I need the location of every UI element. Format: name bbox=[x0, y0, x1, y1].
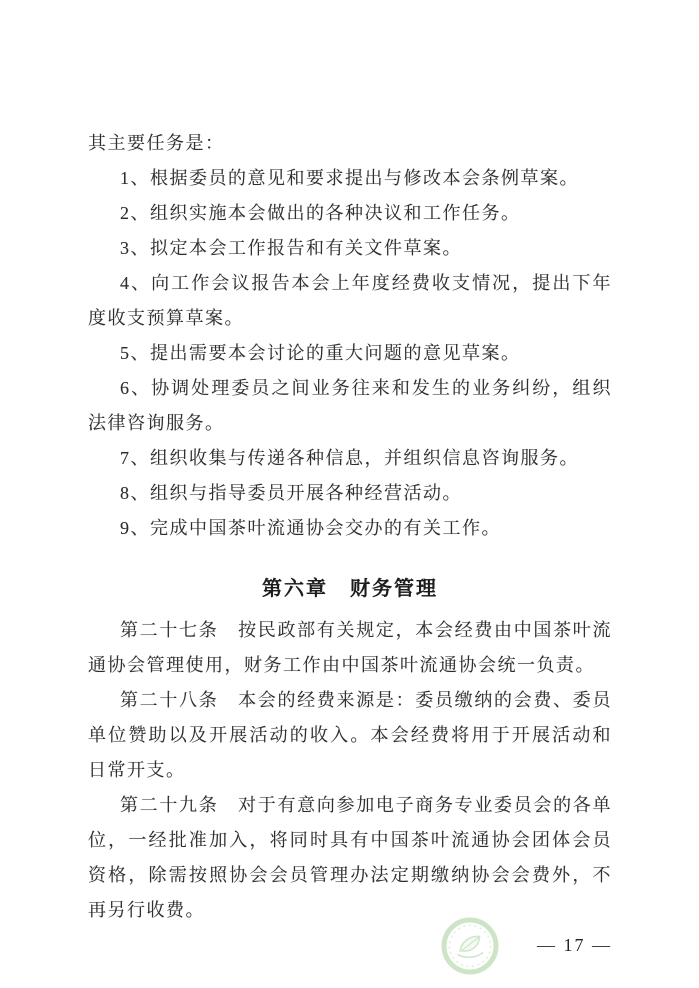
intro-line: 其主要任务是： bbox=[88, 126, 612, 161]
task-item-1: 1、根据委员的意见和要求提出与修改本会条例草案。 bbox=[88, 161, 612, 196]
task-item-2: 2、组织实施本会做出的各种决议和工作任务。 bbox=[88, 196, 612, 231]
task-item-4: 4、向工作会议报告本会上年度经费收支情况，提出下年度收支预算草案。 bbox=[88, 266, 612, 336]
task-item-7: 7、组织收集与传递各种信息，并组织信息咨询服务。 bbox=[88, 441, 612, 476]
task-item-5: 5、提出需要本会讨论的重大问题的意见草案。 bbox=[88, 336, 612, 371]
task-item-9: 9、完成中国茶叶流通协会交办的有关工作。 bbox=[88, 511, 612, 546]
page-number: — 17 — bbox=[88, 928, 612, 963]
article-27: 第二十七条 按民政部有关规定，本会经费由中国茶叶流通协会管理使用，财务工作由中国… bbox=[88, 613, 612, 683]
task-item-3: 3、拟定本会工作报告和有关文件草案。 bbox=[88, 231, 612, 266]
leaf-seal-icon bbox=[440, 916, 500, 976]
chapter-heading: 第六章 财务管理 bbox=[88, 572, 612, 607]
task-item-6: 6、协调处理委员之间业务往来和发生的业务纠纷，组织法律咨询服务。 bbox=[88, 371, 612, 441]
article-29: 第二十九条 对于有意向参加电子商务专业委员会的各单位，一经批准加入，将同时具有中… bbox=[88, 788, 612, 928]
document-page: 其主要任务是： 1、根据委员的意见和要求提出与修改本会条例草案。 2、组织实施本… bbox=[0, 0, 699, 988]
article-28: 第二十八条 本会的经费来源是：委员缴纳的会费、委员单位赞助以及开展活动的收入。本… bbox=[88, 683, 612, 788]
task-item-8: 8、组织与指导委员开展各种经营活动。 bbox=[88, 476, 612, 511]
text-block: 其主要任务是： 1、根据委员的意见和要求提出与修改本会条例草案。 2、组织实施本… bbox=[88, 126, 612, 963]
